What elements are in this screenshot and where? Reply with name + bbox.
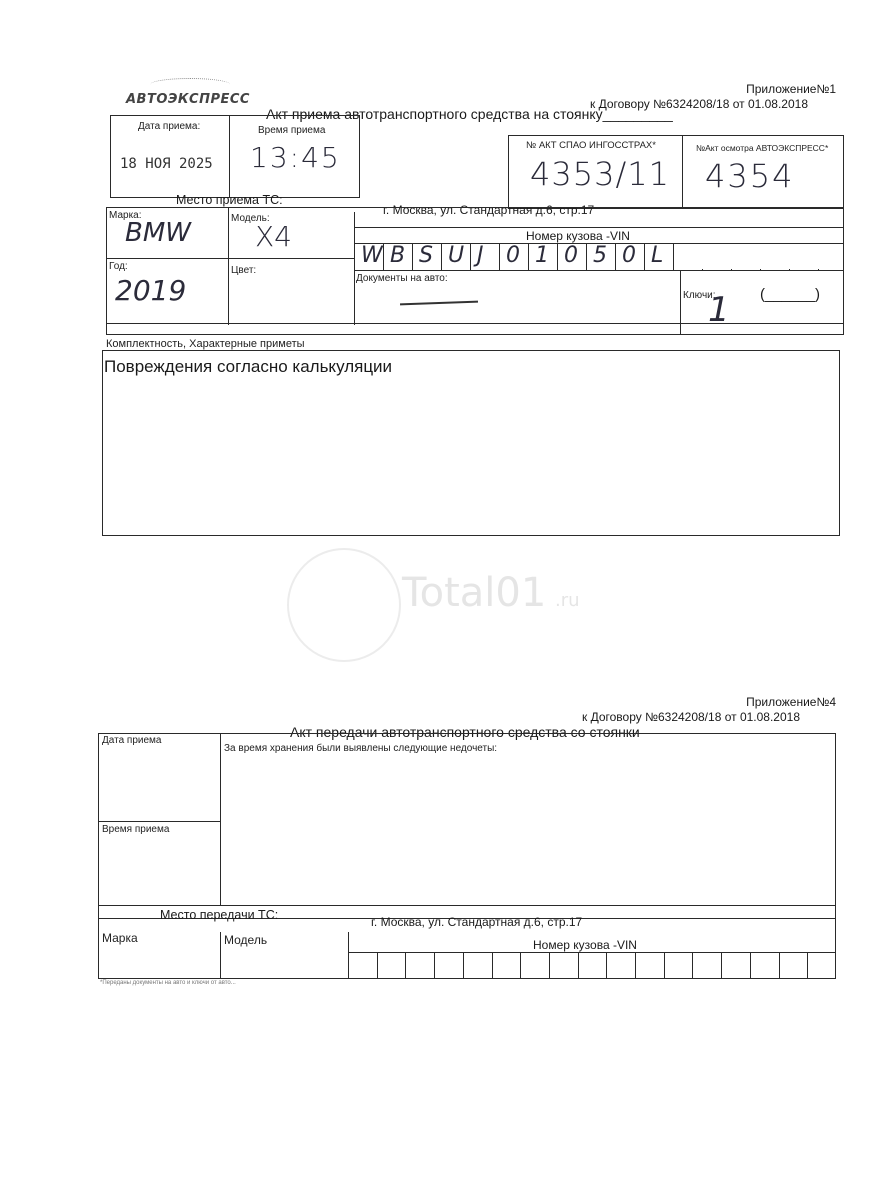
time-label: Время приема: [258, 125, 325, 136]
vin-cell[interactable]: [807, 952, 836, 979]
keys-value[interactable]: 1: [708, 290, 730, 330]
vin-cell[interactable]: [606, 952, 635, 979]
vin-cell[interactable]: 0: [557, 243, 586, 270]
autoexpress-logo: АВТОЭКСПРЕСС: [126, 92, 250, 107]
vin-char: L: [651, 243, 663, 268]
date-label: Дата приема:: [138, 121, 200, 132]
vin-label: Номер кузова -VIN: [526, 229, 630, 243]
vin-cell[interactable]: L: [644, 243, 673, 270]
vin-cell[interactable]: [779, 952, 808, 979]
contract-reference-4: к Договору №6324208/18 от 01.08.2018: [560, 710, 800, 724]
vin-cell[interactable]: S: [412, 243, 441, 270]
vin-cell[interactable]: J: [470, 243, 499, 270]
vin-char: 1: [535, 243, 549, 268]
vin-cell[interactable]: [721, 952, 750, 979]
vin-cell[interactable]: 0: [615, 243, 644, 270]
vin-cell[interactable]: [664, 952, 693, 979]
vin-cell[interactable]: 0: [499, 243, 528, 270]
watermark-car-icon: [287, 548, 401, 662]
autoexpress-act-value[interactable]: 4354: [705, 157, 794, 195]
watermark-text: Total01: [402, 570, 546, 616]
vin-cell[interactable]: [750, 952, 779, 979]
handover-place-value: г. Москва, ул. Стандартная д.6, стр.17: [371, 915, 582, 929]
vin-char: J: [477, 243, 484, 268]
vin-cell[interactable]: U: [441, 243, 470, 270]
vin-char: S: [419, 243, 433, 268]
vin-cell[interactable]: 1: [528, 243, 557, 270]
ingosstrakh-act-label: № АКТ СПАО ИНГОССТРАХ*: [526, 140, 656, 151]
vin-cell[interactable]: [463, 952, 492, 979]
handover-time-label: Время приема: [102, 824, 169, 835]
vin-cell[interactable]: [520, 952, 549, 979]
vin-cell[interactable]: [492, 952, 521, 979]
vin-char: 0: [622, 243, 636, 268]
vin-char: B: [390, 243, 405, 268]
year-label: Год:: [109, 261, 128, 272]
keys-extra: (______): [760, 286, 820, 303]
defects-label: За время хранения были выявлены следующи…: [224, 743, 497, 754]
watermark-suffix: .ru: [555, 590, 580, 611]
vin-cell[interactable]: [377, 952, 406, 979]
model-value[interactable]: X4: [255, 220, 292, 253]
vin-cell[interactable]: W: [354, 243, 383, 270]
handover-model-label: Модель: [224, 933, 267, 947]
vin-char: U: [448, 243, 464, 268]
vin-cell[interactable]: 5: [586, 243, 615, 270]
year-value[interactable]: 2019: [115, 274, 186, 307]
handover-date-label: Дата приема: [102, 735, 161, 746]
vin-char: 5: [593, 243, 607, 268]
autoexpress-act-label: №Акт осмотра АВТОЭКСПРЕСС*: [696, 143, 828, 153]
ingosstrakh-act-value[interactable]: 4353/11: [530, 155, 670, 193]
documents-label: Документы на авто:: [356, 273, 448, 284]
vin-cell[interactable]: [635, 952, 664, 979]
place-label: Место приема ТС:: [176, 193, 283, 207]
appendix-number-4: Приложение№4: [600, 695, 836, 709]
features-box[interactable]: [102, 350, 840, 536]
handover-vin-cells[interactable]: [348, 952, 836, 979]
vin-char: W: [361, 243, 383, 268]
features-value: Повреждения согласно калькуляции: [104, 357, 392, 377]
vin-cell[interactable]: [348, 952, 377, 979]
vin-char: 0: [506, 243, 520, 268]
logo-arc-icon: [150, 78, 230, 91]
vin-cell[interactable]: [578, 952, 607, 979]
vin-cell[interactable]: [549, 952, 578, 979]
features-label: Комплектность, Характерные приметы: [106, 338, 305, 350]
appendix-number: Приложение№1: [600, 82, 836, 96]
make-value[interactable]: BMW: [125, 218, 191, 248]
vin-cell[interactable]: B: [383, 243, 412, 270]
vin-char: 0: [564, 243, 578, 268]
date-stamp: 18 НОЯ 2025: [120, 156, 213, 172]
handover-make-label: Марка: [102, 931, 138, 945]
vin-redaction: [690, 244, 840, 269]
color-label: Цвет:: [231, 265, 256, 276]
vin-cell[interactable]: [434, 952, 463, 979]
footnote: *Переданы документы на авто и ключи от а…: [100, 980, 236, 986]
defects-field[interactable]: [224, 756, 834, 904]
handover-place-label: Место передачи ТС:: [160, 908, 278, 922]
handover-vin-label: Номер кузова -VIN: [533, 938, 637, 952]
vin-cell[interactable]: [405, 952, 434, 979]
vin-cell[interactable]: [692, 952, 721, 979]
time-value[interactable]: 13:45: [250, 141, 341, 174]
